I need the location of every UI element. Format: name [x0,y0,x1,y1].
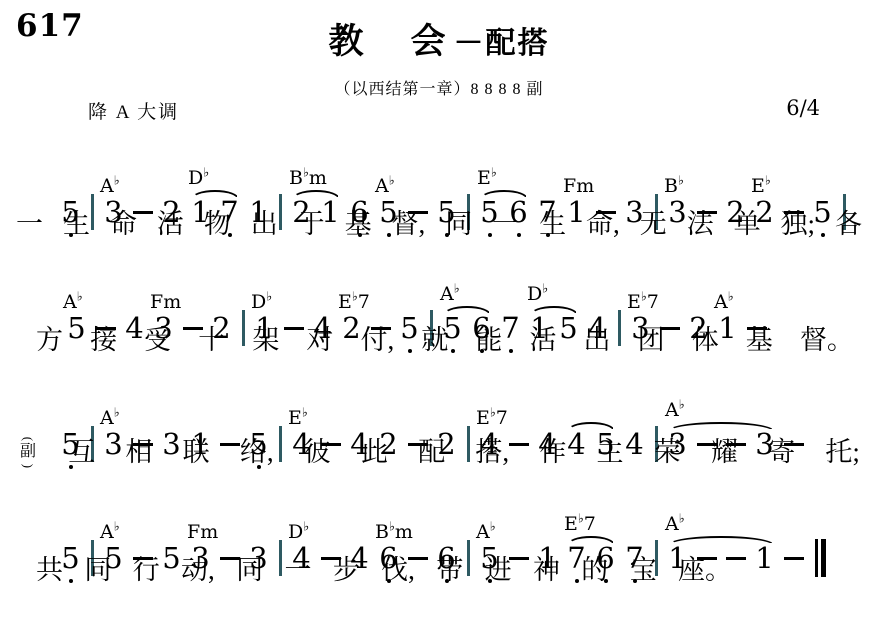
chord-label: B♭ [664,177,684,196]
lyric-syllable: 共 [36,554,63,586]
lyric-syllable: 座。 [678,554,732,586]
lyric-syllable: 活 [529,324,556,356]
chord-label: A♭ [100,409,120,428]
chord-label: A♭ [665,401,685,420]
refrain-open-paren: ( [23,437,33,441]
lyric-syllable: 生 [63,208,90,240]
chord-label: A♭ [665,515,685,534]
note-digit: 1 [755,544,773,573]
lyric-syllable: 单 [734,208,761,240]
lyric-syllable: 督。 [800,324,854,356]
duration-dash [779,539,808,577]
lyric-syllable: 宝 [630,554,657,586]
lyric-syllable: 就 [421,324,448,356]
lyric-syllable: 体 [692,324,719,356]
lyric-syllable: 步 [333,554,360,586]
lyric-syllable: 出 [584,324,611,356]
chord-label: D♭ [288,523,309,542]
lyric-syllable: 十 [198,324,225,356]
lyric-syllable: 寄 [768,436,795,468]
lyric-syllable: 生 [539,208,566,240]
lyric-syllable: 方 [36,324,63,356]
lyric-syllable: 同 [84,554,111,586]
chord-label: E♭ [288,409,308,428]
lyric-syllable: 配 [418,436,445,468]
lyrics-line: 方接受十架对付,就能活出团体基督。 [36,324,854,356]
chord-label: D♭ [251,293,272,312]
lyric-syllable: 一 [492,208,519,240]
lyric-syllable: 耀 [711,436,738,468]
lyric-syllable: 出 [251,208,278,240]
time-signature: 6/4 [786,96,820,120]
lyrics-line: 一生命活物出于基督,同一生命,无法单独;各 [16,208,862,240]
lyric-syllable: 一 [284,554,311,586]
chord-label: B♭m [289,169,327,188]
lyric-syllable: 相 [125,436,152,468]
chord-label: A♭ [476,523,496,542]
note: 1 [750,539,779,577]
lyric-syllable: 能 [475,324,502,356]
lyric-syllable: 一 [16,208,43,240]
lyric-syllable: 同 [236,554,263,586]
lyric-syllable: 同 [445,208,472,240]
key-signature: 降 A 大调 [88,97,179,124]
chord-label: E♭ [751,177,771,196]
lyric-syllable: 作 [539,436,566,468]
lyric-syllable: 接 [90,324,117,356]
chord-label: Fm [563,177,594,196]
lyric-syllable: 法 [687,208,714,240]
lyric-syllable: 命, [586,208,620,240]
hymn-sheet-page: 617 教 会－配搭 （以西结第一章）8 8 8 8 副 降 A 大调 6/4 … [0,0,878,625]
lyric-syllable: 此 [361,436,388,468]
lyric-syllable: 带 [436,554,463,586]
hymn-subtitle: 配搭 [486,27,550,60]
lyric-syllable: 于 [298,208,325,240]
lyric-syllable: 彼 [304,436,331,468]
lyric-syllable: 物 [204,208,231,240]
lyric-syllable: 督, [392,208,426,240]
chord-label: E♭ [477,169,497,188]
hymn-title: 教 会 [328,22,451,61]
lyric-syllable: 神 [533,554,560,586]
lyric-syllable: 进 [485,554,512,586]
lyric-syllable: 受 [144,324,171,356]
chord-label: E♭7 [564,515,596,534]
scripture-reference: （以西结第一章）8 8 8 8 副 [0,76,878,99]
lyric-syllable: 动, [181,554,215,586]
lyric-syllable: 对 [306,324,333,356]
title-row: 教 会－配搭 [0,14,878,64]
lyric-syllable: 付, [360,324,394,356]
chord-label: Fm [150,293,181,312]
duration-dash-line [784,557,804,560]
lyric-syllable: 的 [581,554,608,586]
lyrics-line: (副)互相联络,彼此配搭,作主荣耀寄托; [20,434,860,470]
chord-label: D♭ [188,169,209,188]
lyric-syllable: 主 [597,436,624,468]
final-barline [808,539,832,577]
lyric-syllable: 活 [157,208,184,240]
chord-label: A♭ [63,293,83,312]
lyrics-line: 共同行动,同一步伐,带进神的宝座。 [36,554,732,586]
chord-label: A♭ [440,285,460,304]
chord-label: D♭ [527,285,548,304]
chord-label: A♭ [714,293,734,312]
lyric-syllable: 命 [110,208,137,240]
refrain-marker: (副) [20,434,36,470]
final-barline-thin [815,539,818,577]
lyric-syllable: 行 [133,554,160,586]
lyric-syllable: 互 [68,436,95,468]
lyric-syllable: 联 [183,436,210,468]
title-dash: － [454,27,484,60]
lyric-syllable: 架 [252,324,279,356]
lyric-syllable: 各 [835,208,862,240]
lyric-syllable: 荣 [654,436,681,468]
chord-label: A♭ [100,177,120,196]
lyric-syllable: 独; [781,208,816,240]
lyric-syllable: 络, [240,436,274,468]
chord-label: A♭ [100,523,120,542]
lyric-syllable: 搭, [475,436,509,468]
refrain-label: 副 [20,444,36,461]
chord-label: A♭ [375,177,395,196]
chord-label: Fm [187,523,218,542]
lyric-syllable: 基 [746,324,773,356]
lyric-syllable: 团 [638,324,665,356]
lyric-syllable: 托; [825,436,860,468]
final-barline-thick [821,539,826,577]
lyric-syllable: 无 [640,208,667,240]
refrain-close-paren: ) [23,463,33,467]
lyric-syllable: 基 [345,208,372,240]
lyric-syllable: 伐, [381,554,415,586]
